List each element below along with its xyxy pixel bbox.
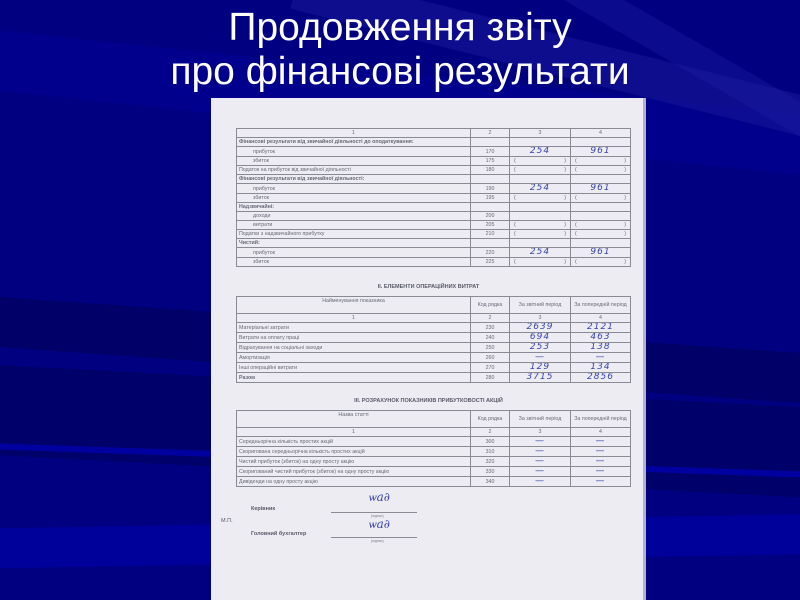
table-row: Податки з надзвичайного прибутку210()() [237, 230, 631, 239]
previous-period-value: — [571, 457, 631, 467]
slide-title-line-1: Продовження звіту [0, 6, 800, 50]
row-label: Відрахування на соціальні заходи [237, 343, 471, 353]
section-3-title: III. РОЗРАХУНОК ПОКАЗНИКІВ ПРИБУТКОВОСТІ… [211, 398, 646, 404]
row-code: 330 [471, 467, 510, 477]
current-period-value: — [510, 353, 571, 363]
row-code [471, 175, 510, 184]
previous-period-value: () [571, 230, 631, 239]
row-code: 225 [471, 258, 510, 267]
table-row: збиток175()() [237, 157, 631, 166]
previous-period-value [571, 239, 631, 248]
current-period-value: — [510, 477, 571, 487]
previous-period-value: 138 [571, 343, 631, 353]
current-period-value: 694 [510, 333, 571, 343]
previous-period-value: 2121 [571, 323, 631, 333]
current-period-value: — [510, 457, 571, 467]
current-period-value: () [510, 194, 571, 203]
previous-period-value: — [571, 353, 631, 363]
slide-title-line-2: про фінансові результати [0, 50, 800, 94]
table-row: Фінансові результати від звичайної діяль… [237, 175, 631, 184]
row-label: Дивіденди на одну просту акцію [237, 477, 471, 487]
previous-period-value: () [571, 258, 631, 267]
row-label: витрати [237, 221, 471, 230]
previous-period-value: 463 [571, 333, 631, 343]
table-row: Фінансові результати від звичайної діяль… [237, 138, 631, 147]
slide-title: Продовження звіту про фінансові результа… [0, 6, 800, 94]
current-period-value [510, 138, 571, 147]
row-label: Інші операційні витрати [237, 363, 471, 373]
current-period-value: () [510, 166, 571, 175]
previous-period-value: () [571, 221, 631, 230]
current-period-value: — [510, 467, 571, 477]
current-period-value: 254 [510, 147, 571, 157]
table-row: збиток195()() [237, 194, 631, 203]
row-code: 205 [471, 221, 510, 230]
table-row: прибуток170254961 [237, 147, 631, 157]
row-label: Чистий прибуток (збиток) на одну просту … [237, 457, 471, 467]
row-label: Фінансові результати від звичайної діяль… [237, 138, 471, 147]
accountant-signature-line [331, 537, 417, 538]
current-period-value [510, 175, 571, 184]
table-row: Дивіденди на одну просту акцію340—— [237, 477, 631, 487]
row-label: Амортизація [237, 353, 471, 363]
current-period-value [510, 212, 571, 221]
row-label: прибуток [237, 147, 471, 157]
current-period-value: 254 [510, 248, 571, 258]
director-signature-line [331, 512, 417, 513]
column-number-row: 1 2 3 4 [237, 314, 631, 323]
previous-period-value [571, 138, 631, 147]
previous-period-value: 2856 [571, 373, 631, 383]
table-row: Інші операційні витрати270129134 [237, 363, 631, 373]
table-row: прибуток220254961 [237, 248, 631, 258]
current-period-value: 2639 [510, 323, 571, 333]
previous-period-value [571, 175, 631, 184]
table-row: збиток225()() [237, 258, 631, 267]
accountant-label: Головний бухгалтер [251, 531, 306, 537]
row-code [471, 138, 510, 147]
section-2-title: II. ЕЛЕМЕНТИ ОПЕРАЦІЙНИХ ВИТРАТ [211, 284, 646, 290]
row-code: 320 [471, 457, 510, 467]
previous-period-value: — [571, 467, 631, 477]
row-code: 195 [471, 194, 510, 203]
previous-period-value: — [571, 447, 631, 457]
row-code: 190 [471, 184, 510, 194]
accountant-signature: ѡа∂ [369, 517, 390, 532]
operating-expenses-table: Найменування показника Код рядка За звіт… [236, 296, 631, 383]
table-row: Витрати на оплату праці240694463 [237, 333, 631, 343]
row-code [471, 203, 510, 212]
director-label: Керівник [251, 506, 275, 512]
previous-period-value: 961 [571, 248, 631, 258]
header-row: Назва статті Код рядка За звітний період… [237, 411, 631, 428]
column-number-row: 1 2 3 4 [237, 428, 631, 437]
table-row: Надзвичайні: [237, 203, 631, 212]
row-label: збиток [237, 157, 471, 166]
row-code: 280 [471, 373, 510, 383]
table-row: Середньорічна кількість простих акцій300… [237, 437, 631, 447]
row-label: доходи [237, 212, 471, 221]
table-row: Відрахування на соціальні заходи25025313… [237, 343, 631, 353]
financial-results-table: 1 2 3 4 Фінансові результати від звичайн… [236, 128, 631, 267]
row-code: 260 [471, 353, 510, 363]
table-row: Скоригована середньорічна кількість прос… [237, 447, 631, 457]
row-code: 240 [471, 333, 510, 343]
stamp-label: М.П. [221, 518, 233, 524]
table-row: Податок на прибуток від звичайної діяльн… [237, 166, 631, 175]
current-period-value: 253 [510, 343, 571, 353]
current-period-value: () [510, 258, 571, 267]
previous-period-value: () [571, 157, 631, 166]
table-row: Матеріальні затрати23026392121 [237, 323, 631, 333]
previous-period-value: — [571, 437, 631, 447]
row-label: Податок на прибуток від звичайної діяльн… [237, 166, 471, 175]
row-label: прибуток [237, 248, 471, 258]
current-period-value [510, 239, 571, 248]
table-row: Разом28037152856 [237, 373, 631, 383]
previous-period-value: 134 [571, 363, 631, 373]
row-code: 170 [471, 147, 510, 157]
row-label: прибуток [237, 184, 471, 194]
row-label: збиток [237, 258, 471, 267]
row-label: Скоригована середньорічна кількість прос… [237, 447, 471, 457]
table-row: витрати205()() [237, 221, 631, 230]
row-code: 310 [471, 447, 510, 457]
header-row: Найменування показника Код рядка За звіт… [237, 297, 631, 314]
previous-period-value: () [571, 194, 631, 203]
director-signature: ѡа∂ [369, 490, 390, 505]
row-label: Надзвичайні: [237, 203, 471, 212]
row-label: Скоригований чистий прибуток (збиток) на… [237, 467, 471, 477]
previous-period-value: 961 [571, 147, 631, 157]
current-period-value: () [510, 157, 571, 166]
row-label: Фінансові результати від звичайної діяль… [237, 175, 471, 184]
previous-period-value [571, 212, 631, 221]
table-row: Чистий: [237, 239, 631, 248]
row-code: 270 [471, 363, 510, 373]
row-code: 230 [471, 323, 510, 333]
row-label: Середньорічна кількість простих акцій [237, 437, 471, 447]
row-code: 340 [471, 477, 510, 487]
row-code: 250 [471, 343, 510, 353]
row-code: 300 [471, 437, 510, 447]
table-row: прибуток190254961 [237, 184, 631, 194]
table-row: Амортизація260—— [237, 353, 631, 363]
row-code: 210 [471, 230, 510, 239]
previous-period-value: () [571, 166, 631, 175]
row-code: 200 [471, 212, 510, 221]
row-code: 220 [471, 248, 510, 258]
current-period-value: 254 [510, 184, 571, 194]
table-row: Чистий прибуток (збиток) на одну просту … [237, 457, 631, 467]
current-period-value: — [510, 447, 571, 457]
scanned-report-page: 1 2 3 4 Фінансові результати від звичайн… [211, 98, 646, 600]
current-period-value: 129 [510, 363, 571, 373]
row-label: збиток [237, 194, 471, 203]
row-label: Разом [237, 373, 471, 383]
current-period-value [510, 203, 571, 212]
row-code: 175 [471, 157, 510, 166]
row-label: Витрати на оплату праці [237, 333, 471, 343]
previous-period-value: — [571, 477, 631, 487]
row-code [471, 239, 510, 248]
column-number-row: 1 2 3 4 [237, 129, 631, 138]
row-label: Податки з надзвичайного прибутку [237, 230, 471, 239]
current-period-value: 3715 [510, 373, 571, 383]
row-label: Матеріальні затрати [237, 323, 471, 333]
row-code: 180 [471, 166, 510, 175]
previous-period-value [571, 203, 631, 212]
current-period-value: () [510, 230, 571, 239]
current-period-value: () [510, 221, 571, 230]
table-row: Скоригований чистий прибуток (збиток) на… [237, 467, 631, 477]
current-period-value: — [510, 437, 571, 447]
share-profitability-table: Назва статті Код рядка За звітний період… [236, 410, 631, 487]
row-label: Чистий: [237, 239, 471, 248]
previous-period-value: 961 [571, 184, 631, 194]
table-row: доходи200 [237, 212, 631, 221]
